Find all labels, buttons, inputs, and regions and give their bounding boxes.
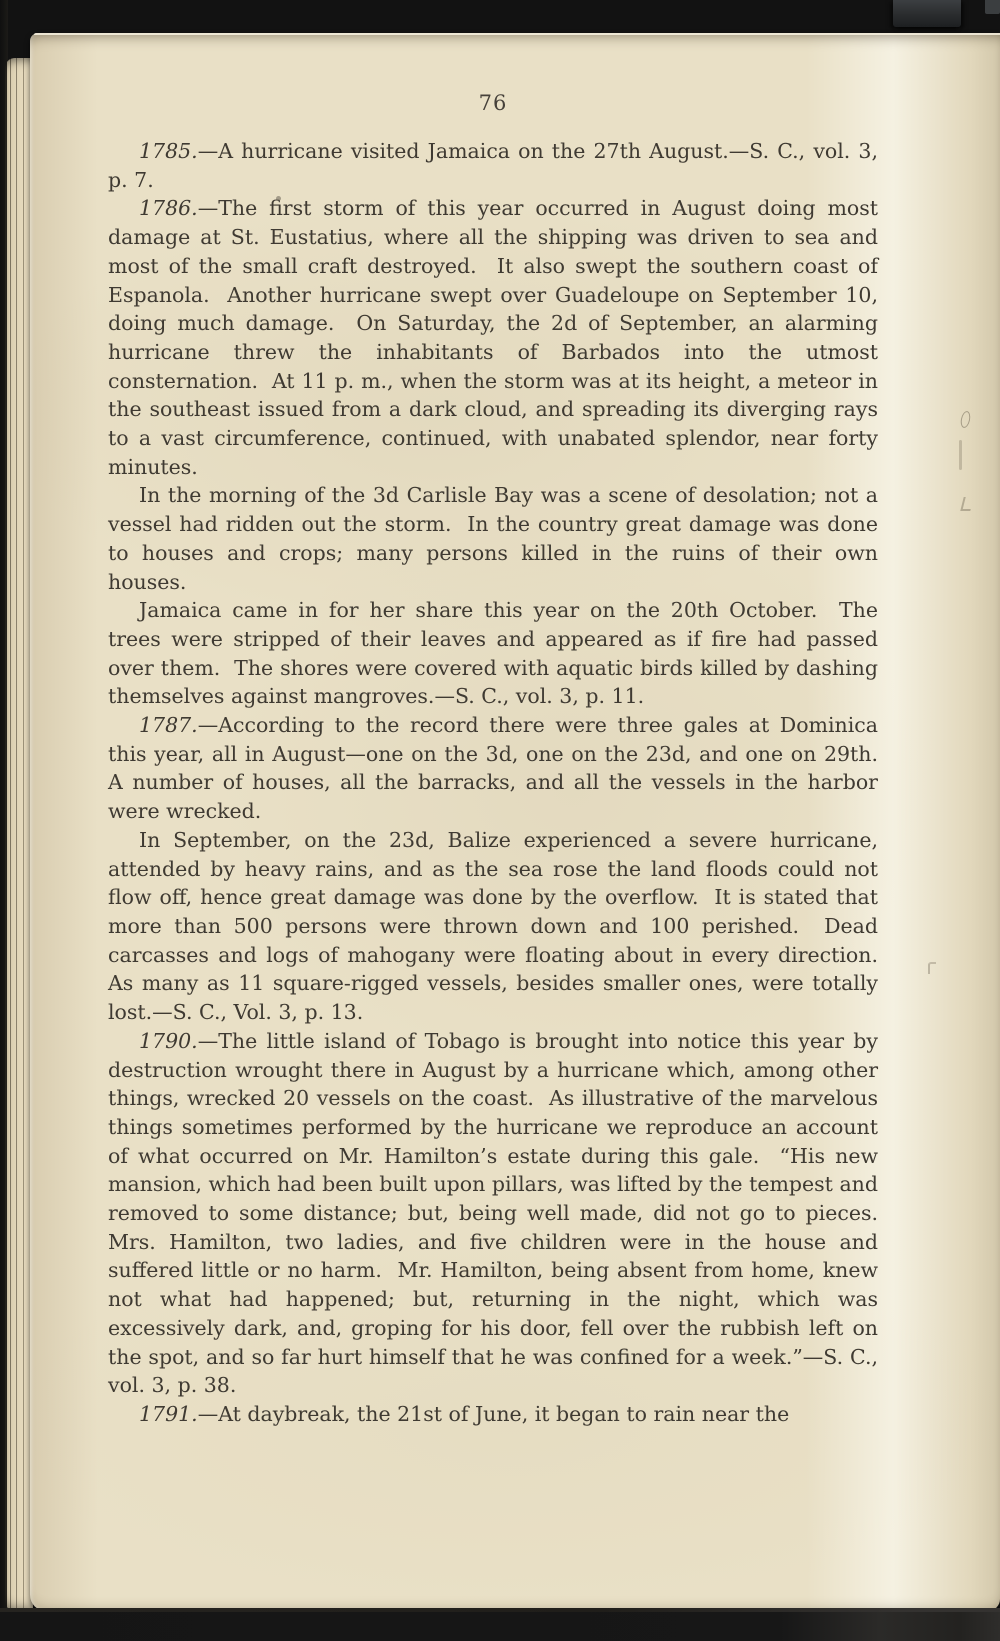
year-label-1786: 1786. <box>139 196 198 220</box>
binder-clip-notch <box>985 0 1000 14</box>
entry-1786-carlisle-bay: In the morning of the 3d Carlisle Bay wa… <box>108 481 878 596</box>
entry-1786-jamaica: Jamaica came in for her share this year … <box>108 596 878 711</box>
entry-1790-text: —The little island of Tobago is brought … <box>108 1029 891 1397</box>
year-label-1785: 1785. <box>139 139 198 163</box>
book-page: 76 1785.—A hurricane visited Jamaica on … <box>30 33 1000 1611</box>
entry-1787: 1787.—According to the record there were… <box>108 711 878 826</box>
body-text: 1785.—A hurricane visited Jamaica on the… <box>108 137 878 1429</box>
entry-1785-text: —A hurricane visited Jamaica on the 27th… <box>108 139 885 192</box>
entry-1785: 1785.—A hurricane visited Jamaica on the… <box>108 137 878 194</box>
page-edge-stack <box>5 58 33 1611</box>
book-scan: 76 1785.—A hurricane visited Jamaica on … <box>0 0 1000 1641</box>
entry-1787-balize: In September, on the 23d, Balize experie… <box>108 826 878 1027</box>
page-number: 76 <box>108 91 878 115</box>
year-label-1787: 1787. <box>139 713 198 737</box>
entry-1786-jamaica-text: Jamaica came in for her share this year … <box>108 598 885 708</box>
entry-1790: 1790.—The little island of Tobago is bro… <box>108 1027 878 1400</box>
book-cover-bottom <box>0 1611 1000 1641</box>
entry-1787-balize-text: In September, on the 23d, Balize experie… <box>108 828 891 1024</box>
year-label-1791: 1791. <box>139 1402 198 1426</box>
entry-1786-carlisle-bay-text: In the morning of the 3d Carlisle Bay wa… <box>108 483 885 593</box>
year-label-1790: 1790. <box>139 1029 198 1053</box>
entry-1787-text: —According to the record there were thre… <box>108 713 891 823</box>
book-cover-top <box>0 0 1000 34</box>
entry-1786-text: —The first storm of this year occurred i… <box>108 196 885 478</box>
binder-clip <box>893 0 961 27</box>
entry-1786: 1786.—The first storm of this year occur… <box>108 194 878 481</box>
entry-1791-text: —At daybreak, the 21st of June, it began… <box>198 1402 790 1426</box>
entry-1791: 1791.—At daybreak, the 21st of June, it … <box>108 1400 878 1429</box>
